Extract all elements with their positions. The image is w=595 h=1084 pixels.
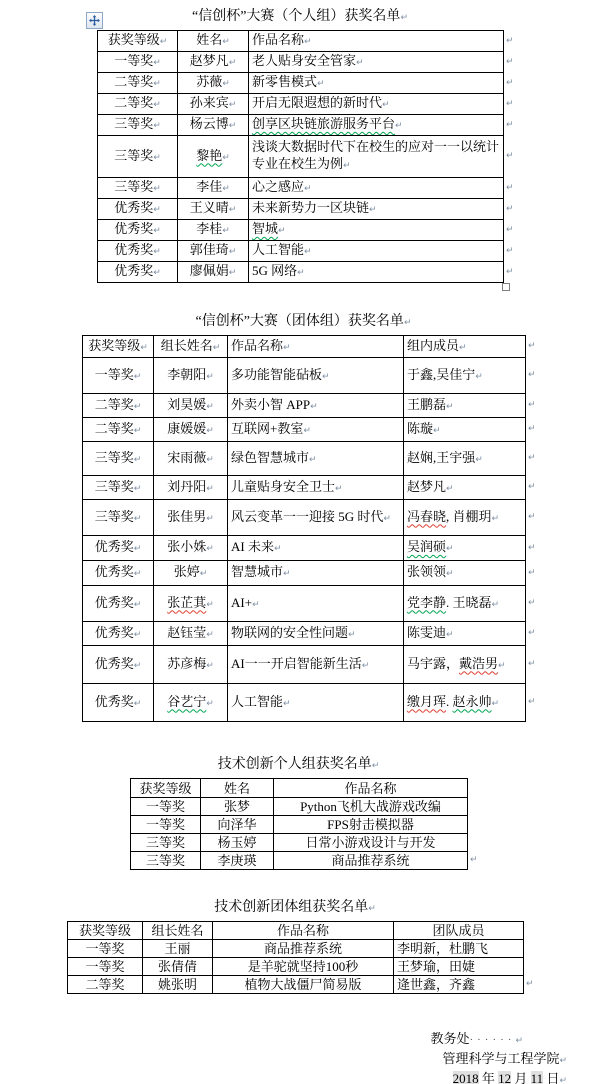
- end-of-row-mark: ↵: [526, 394, 540, 418]
- pilcrow-mark: ↵: [222, 226, 230, 236]
- cell-text: 新零售模式: [252, 74, 317, 89]
- cell-text: 陈雯迪: [407, 625, 446, 640]
- table-cell: 刘丹阳↵: [154, 476, 228, 500]
- cell-text: 优秀奖: [95, 625, 134, 640]
- table-resize-handle[interactable]: [502, 283, 510, 291]
- cell-text: 张佳男: [167, 509, 206, 524]
- pilcrow-mark: ↵: [229, 58, 237, 68]
- table-cell: FPS射击模拟器: [274, 816, 468, 834]
- awards-table-team: 获奖等级↵组长姓名↵作品名称↵组内成员↵↵一等奖↵李朝阳↵多功能智能砧板↵于鑫,…: [82, 335, 540, 722]
- cell-text: 三等奖: [114, 148, 153, 163]
- pilcrow-mark: ↵: [222, 184, 230, 194]
- pilcrow-mark: ↵: [310, 402, 318, 412]
- table-cell: 张小姝↵: [154, 536, 228, 561]
- table-row: 二等奖↵苏薇↵新零售模式↵↵: [98, 73, 518, 94]
- header-cell: 获奖等级↵: [83, 336, 154, 358]
- table-cell: 三等奖↵: [98, 115, 178, 136]
- table-cell: 儿童贴身安全卫士↵: [228, 476, 404, 500]
- table-cell: 优秀奖↵: [83, 536, 154, 561]
- cell-text: 开启无限遐想的新时代: [252, 95, 382, 110]
- cell-text: 三等奖: [95, 509, 134, 524]
- end-of-row-mark: ↵: [504, 199, 518, 220]
- cell-text: 一等奖: [146, 799, 185, 814]
- table-row: 优秀奖↵赵钰莹↵物联网的安全性问题↵陈雯迪↵↵: [83, 622, 540, 646]
- table-cell: 二等奖↵: [83, 418, 154, 442]
- cell-text: 二等奖: [95, 397, 134, 412]
- date-text: 月: [511, 1071, 531, 1084]
- pilcrow-mark: ↵: [134, 455, 142, 465]
- pilcrow-mark: ↵: [134, 402, 142, 412]
- table-row: 三等奖李庚瑛商品推荐系统↵: [131, 852, 482, 870]
- table-cell: 植物大战僵尸简易版: [213, 976, 394, 994]
- cell-text: 赵梦凡: [407, 479, 446, 494]
- cell-text: , 肖棚玥: [446, 509, 492, 524]
- table-row: 一等奖↵赵梦凡↵老人贴身安全管家↵↵: [98, 52, 518, 73]
- table-cell: 李庚瑛: [201, 852, 274, 870]
- table-cell: 孙来宾↵: [178, 94, 249, 115]
- table-row: 一等奖王丽商品推荐系统李明新，杜鹏飞: [68, 940, 538, 958]
- cell-text: 组长姓名: [151, 923, 203, 938]
- cell-text: 优秀奖: [95, 539, 134, 554]
- pilcrow-mark: ↵: [252, 600, 260, 610]
- table-cell: 黎艳↵: [178, 136, 249, 178]
- cell-text: 优秀奖: [114, 200, 153, 215]
- pilcrow-mark: ↵: [492, 600, 500, 610]
- table-cell: 二等奖↵: [83, 394, 154, 418]
- pilcrow-mark: ↵: [368, 904, 376, 914]
- table-row: 优秀奖↵张婷↵智慧城市↵张领领↵↵: [83, 561, 540, 586]
- table-cell: 外卖小智 APP↵: [228, 394, 404, 418]
- table-cell: 赵娴,王宇强↵: [404, 442, 526, 476]
- pilcrow-mark: ↵: [229, 205, 237, 215]
- table-cell: 姚张明: [143, 976, 213, 994]
- table-cell: 优秀奖↵: [98, 220, 178, 241]
- table4-title: 技术创新团体组获奖名单↵: [67, 899, 523, 918]
- cell-text: FPS射击模拟器: [327, 817, 414, 832]
- awards-table-individual: 获奖等级↵姓名↵作品名称↵↵一等奖↵赵梦凡↵老人贴身安全管家↵↵二等奖↵苏薇↵新…: [97, 30, 518, 283]
- end-of-row-mark: ↵: [526, 476, 540, 500]
- table-row: 二等奖↵康媛媛↵互联网+教室↵陈璇↵↵: [83, 418, 540, 442]
- table-cell: 李明新，杜鹏飞: [394, 940, 524, 958]
- table-cell: 李佳↵: [178, 178, 249, 199]
- section-tech-team: 技术创新团体组获奖名单↵ 获奖等级组长姓名作品名称团队成员一等奖王丽商品推荐系统…: [67, 899, 523, 994]
- table-cell: 张芷萁↵: [154, 586, 228, 622]
- pilcrow-mark: ↵: [134, 630, 142, 640]
- cell-text: Python飞机大战游戏改编: [300, 799, 441, 814]
- date-text: 日: [543, 1071, 559, 1084]
- table-row: 三等奖↵刘丹阳↵儿童贴身安全卫士↵赵梦凡↵↵: [83, 476, 540, 500]
- header-cell: 获奖等级: [68, 922, 143, 940]
- pilcrow-mark: ↵: [134, 484, 142, 494]
- date-field-shaded: 2018: [453, 1071, 479, 1084]
- header-cell: 组内成员↵: [404, 336, 526, 358]
- header-row: 获奖等级↵组长姓名↵作品名称↵组内成员↵↵: [83, 336, 540, 358]
- table-cell: 赵梦凡↵: [178, 52, 249, 73]
- cell-text: 获奖等级: [79, 923, 131, 938]
- table-cell: 5G 网络↵: [249, 262, 504, 283]
- table-cell: 王丽: [143, 940, 213, 958]
- table-row: 三等奖杨玉婷日常小游戏设计与开发: [131, 834, 482, 852]
- table-cell: 苏彦梅↵: [154, 646, 228, 684]
- table-cell: 新零售模式↵: [249, 73, 504, 94]
- header-cell: 获奖等级: [131, 779, 201, 798]
- header-row: 获奖等级组长姓名作品名称团队成员: [68, 922, 538, 940]
- table-cell: 李桂↵: [178, 220, 249, 241]
- table-cell: 张婷↵: [154, 561, 228, 586]
- table-cell: 浅谈大数据时代下在校生的应对一一以统计专业在校生为例↵: [249, 136, 504, 178]
- cell-text: 作品名称: [252, 32, 304, 47]
- cell-text: 二等奖: [95, 421, 134, 436]
- table-cell: 人工智能↵: [249, 241, 504, 262]
- table-row: 二等奖姚张明植物大战僵尸简易版逄世鑫，齐鑫↵: [68, 976, 538, 994]
- pilcrow-mark: ↵: [362, 661, 370, 671]
- table-cell: 三等奖↵: [98, 178, 178, 199]
- pilcrow-mark: ↵: [400, 13, 408, 23]
- end-of-row-mark: ↵: [504, 262, 518, 283]
- end-of-row-mark: ↵: [526, 684, 540, 722]
- pilcrow-mark: ↵: [153, 121, 161, 131]
- pilcrow-mark: ↵: [206, 699, 214, 709]
- pilcrow-mark: ↵: [475, 455, 483, 465]
- table-cell: 陈璇↵: [404, 418, 526, 442]
- table2-title: “信创杯”大赛（团体组）获奖名单↵: [82, 313, 525, 332]
- cell-text: 人工智能: [252, 242, 304, 257]
- table-cell: 马宇露，戴浩男↵: [404, 646, 526, 684]
- table-cell: 杨云博↵: [178, 115, 249, 136]
- cell-text: 张领领: [407, 564, 446, 579]
- cell-text: 多功能智能砧板: [231, 367, 322, 382]
- table-cell: 是羊驼就坚持100秒: [213, 958, 394, 976]
- cell-text: 5G 网络: [252, 263, 297, 278]
- pilcrow-mark: ↵: [153, 100, 161, 110]
- table-cell: AI 未来↵: [228, 536, 404, 561]
- cell-text: 张小姝: [167, 539, 206, 554]
- cell-text: 姓名: [224, 781, 250, 796]
- pilcrow-mark: ↵: [559, 1076, 567, 1084]
- table-cell: 陈雯迪↵: [404, 622, 526, 646]
- pilcrow-mark: ↵: [369, 205, 377, 215]
- table-cell: 苏薇↵: [178, 73, 249, 94]
- end-of-row-mark: [524, 940, 538, 958]
- cell-text: 二等奖: [114, 95, 153, 110]
- pilcrow-mark: ↵: [229, 247, 237, 257]
- table-cell: 二等奖↵: [98, 94, 178, 115]
- end-of-row-mark: ↵: [468, 852, 482, 870]
- pilcrow-mark: ↵: [206, 514, 214, 524]
- table-cell: 优秀奖↵: [83, 622, 154, 646]
- cell-text: 优秀奖: [95, 694, 134, 709]
- table-cell: 冯春晓, 肖棚玥↵: [404, 500, 526, 536]
- table-row: 优秀奖↵谷艺宁↵人工智能↵缴月珲. 赵永帅↵↵: [83, 684, 540, 722]
- cell-text: 三等奖: [146, 835, 185, 850]
- pilcrow-mark: ↵: [153, 247, 161, 257]
- pilcrow-mark: ↵: [382, 100, 390, 110]
- end-of-row-mark: ↵: [526, 622, 540, 646]
- pilcrow-mark: ↵: [283, 343, 291, 353]
- cell-text: 优秀奖: [95, 656, 134, 671]
- table-cell: 三等奖↵: [98, 136, 178, 178]
- cell-text: 组长姓名: [161, 338, 213, 353]
- pilcrow-mark: ↵: [322, 372, 330, 382]
- cell-text: 杨玉婷: [217, 835, 256, 850]
- table-cell: 谷艺宁↵: [154, 684, 228, 722]
- table-row: 二等奖↵刘昊媛↵外卖小智 APP↵王鹏磊↵↵: [83, 394, 540, 418]
- pilcrow-mark: ↵: [134, 544, 142, 554]
- end-of-row-mark: ↵: [524, 976, 538, 994]
- cell-text: 王义晴: [190, 200, 229, 215]
- table-cell: 优秀奖↵: [83, 586, 154, 622]
- cell-text: 是羊驼就坚持100秒: [248, 959, 359, 974]
- header-cell: 团队成员: [394, 922, 524, 940]
- cell-text: 作品名称: [231, 338, 283, 353]
- tech-table-individual: 获奖等级姓名作品名称一等奖张梦Python飞机大战游戏改编一等奖向泽华FPS射击…: [130, 778, 482, 870]
- table-cell: 商品推荐系统: [213, 940, 394, 958]
- table-cell: 杨玉婷: [201, 834, 274, 852]
- cell-text: 马宇露，: [407, 656, 459, 671]
- table-cell: 二等奖: [68, 976, 143, 994]
- pilcrow-mark: ↵: [134, 372, 142, 382]
- cell-text: 创享区块链旅游服务平台: [252, 116, 395, 131]
- table-cell: 逄世鑫，齐鑫: [394, 976, 524, 994]
- cell-text: 宋雨薇: [167, 450, 206, 465]
- end-of-row-mark: ↵: [526, 500, 540, 536]
- table-cell: 优秀奖↵: [98, 262, 178, 283]
- pilcrow-mark: ↵: [229, 268, 237, 278]
- end-of-row-mark: ↵: [504, 136, 518, 178]
- cell-text: 姓名: [196, 32, 222, 47]
- end-of-row-mark: [524, 958, 538, 976]
- cell-text: 李佳: [196, 179, 222, 194]
- pilcrow-mark: ↵: [206, 484, 214, 494]
- pilcrow-mark: ↵: [304, 37, 312, 47]
- pilcrow-mark: ↵: [206, 426, 214, 436]
- section-xinchuang-individual: “信创杯”大赛（个人组）获奖名单↵ 获奖等级↵姓名↵作品名称↵↵一等奖↵赵梦凡↵…: [97, 8, 503, 283]
- table-row: 一等奖↵李朝阳↵多功能智能砧板↵于鑫,吴佳宁↵↵: [83, 358, 540, 394]
- table-cell: 一等奖: [131, 816, 201, 834]
- table-cell: 三等奖↵: [83, 476, 154, 500]
- cell-text: 李朝阳: [167, 367, 206, 382]
- header-cell: 姓名↵: [178, 31, 249, 52]
- table-cell: 优秀奖↵: [83, 561, 154, 586]
- cell-text: 赵永帅: [453, 694, 492, 709]
- pilcrow-mark: ↵: [206, 661, 214, 671]
- cell-text: 三等奖: [114, 116, 153, 131]
- cell-text: 互联网+教室: [231, 421, 303, 436]
- cell-text: 张倩倩: [158, 959, 197, 974]
- cell-text: 张芷萁: [167, 595, 206, 610]
- table-cell: 三等奖↵: [83, 442, 154, 476]
- header-cell: 组长姓名↵: [154, 336, 228, 358]
- cell-text: 商品推荐系统: [264, 941, 342, 956]
- table-cell: 多功能智能砧板↵: [228, 358, 404, 394]
- table-cell: 王梦瑜，田婕: [394, 958, 524, 976]
- pilcrow-mark: ↵: [222, 37, 230, 47]
- table-row: 三等奖↵张佳男↵风云变革一一迎接 5G 时代↵冯春晓, 肖棚玥↵↵: [83, 500, 540, 536]
- cell-text: 三等奖: [146, 853, 185, 868]
- pilcrow-mark: ↵: [404, 318, 412, 328]
- table-row: 三等奖↵杨云博↵创享区块链旅游服务平台↵↵: [98, 115, 518, 136]
- cell-text: . 王晓磊: [446, 595, 492, 610]
- cell-text: 张梦: [224, 799, 250, 814]
- header-cell: 作品名称↵: [228, 336, 404, 358]
- end-of-row-mark: ↵: [504, 52, 518, 73]
- cell-text: 王丽: [164, 941, 190, 956]
- table-cell: 风云变革一一迎接 5G 时代↵: [228, 500, 404, 536]
- table-cell: 优秀奖↵: [98, 199, 178, 220]
- cell-text: 风云变革一一迎接 5G 时代: [231, 509, 383, 524]
- table-cell: 物联网的安全性问题↵: [228, 622, 404, 646]
- table-cell: 于鑫,吴佳宁↵: [404, 358, 526, 394]
- cell-text: 缴月珲: [407, 694, 446, 709]
- section-tech-individual: 技术创新个人组获奖名单↵ 获奖等级姓名作品名称一等奖张梦Python飞机大战游戏…: [130, 756, 467, 870]
- footer-college-line: 管理科学与工程学院↵: [0, 1050, 567, 1070]
- pilcrow-mark: ↵: [433, 426, 441, 436]
- table-cell: 张佳男↵: [154, 500, 228, 536]
- end-of-row-mark: ↵: [526, 336, 540, 358]
- cell-text: 作品名称: [344, 781, 396, 796]
- pilcrow-mark: ↵: [446, 544, 454, 554]
- table-cell: 智慧城市↵: [228, 561, 404, 586]
- table-cell: 一等奖↵: [83, 358, 154, 394]
- cell-text: 党李静: [407, 595, 446, 610]
- cell-text: 陈璇: [407, 421, 433, 436]
- table-row: 优秀奖↵廖佩娟↵5G 网络↵↵: [98, 262, 518, 283]
- pilcrow-mark: ↵: [446, 630, 454, 640]
- table-cell: 人工智能↵: [228, 684, 404, 722]
- end-of-row-mark: ↵: [526, 561, 540, 586]
- table-cell: 优秀奖↵: [98, 241, 178, 262]
- footer-date-line: 2018 年 12 月 11 日↵: [0, 1070, 567, 1084]
- pilcrow-mark: ↵: [134, 600, 142, 610]
- table-cell: 廖佩娟↵: [178, 262, 249, 283]
- header-cell: 作品名称↵: [249, 31, 504, 52]
- cell-text: 郭佳琦: [190, 242, 229, 257]
- cell-text: 苏薇: [196, 74, 222, 89]
- cell-text: 逄世鑫，齐鑫: [397, 977, 475, 992]
- table-cell: 三等奖: [131, 834, 201, 852]
- pilcrow-mark: ↵: [206, 544, 214, 554]
- cell-text: 黎艳: [196, 148, 222, 163]
- pilcrow-mark: ↵: [492, 514, 500, 524]
- table-row: 三等奖↵黎艳↵浅谈大数据时代下在校生的应对一一以统计专业在校生为例↵↵: [98, 136, 518, 178]
- table-cell: 王鹏磊↵: [404, 394, 526, 418]
- pilcrow-mark: ↵: [446, 569, 454, 579]
- table-cell: 商品推荐系统: [274, 852, 468, 870]
- table-cell: 一等奖: [131, 798, 201, 816]
- pilcrow-mark: ↵: [134, 569, 142, 579]
- header-cell: 姓名: [201, 779, 274, 798]
- footer-date: 2018 年 12 月 11 日: [453, 1071, 560, 1084]
- table-cell: 开启无限遐想的新时代↵: [249, 94, 504, 115]
- table-cell: 李朝阳↵: [154, 358, 228, 394]
- pilcrow-mark: ↵: [395, 121, 403, 131]
- header-cell: 获奖等级↵: [98, 31, 178, 52]
- cell-text: 赵钰莹: [167, 625, 206, 640]
- cell-text: 王梦瑜，田婕: [397, 959, 475, 974]
- pilcrow-mark: ↵: [303, 426, 311, 436]
- cell-text: 一等奖: [85, 959, 124, 974]
- pilcrow-mark: ↵: [206, 402, 214, 412]
- header-row: 获奖等级姓名作品名称: [131, 779, 482, 798]
- cell-text: 商品推荐系统: [331, 853, 409, 868]
- table-cell: 创享区块链旅游服务平台↵: [249, 115, 504, 136]
- table-cell: 康媛媛↵: [154, 418, 228, 442]
- cell-text: 李桂: [196, 221, 222, 236]
- table-cell: 绿色智慧城市↵: [228, 442, 404, 476]
- pilcrow-mark: ↵: [304, 184, 312, 194]
- cell-text: 团队成员: [432, 923, 484, 938]
- pilcrow-mark: ↵: [274, 544, 282, 554]
- cell-text: 向泽华: [217, 817, 256, 832]
- cell-text: 优秀奖: [114, 242, 153, 257]
- table-cell: 向泽华: [201, 816, 274, 834]
- cell-text: 姚张明: [158, 977, 197, 992]
- pilcrow-mark: ↵: [222, 79, 230, 89]
- table-cell: 心之感应↵: [249, 178, 504, 199]
- table-cell: 刘昊媛↵: [154, 394, 228, 418]
- pilcrow-mark: ↵: [559, 1056, 567, 1066]
- table-cell: 未来新势力一区块链↵: [249, 199, 504, 220]
- pilcrow-mark: ↵: [304, 247, 312, 257]
- cell-text: 作品名称: [277, 923, 329, 938]
- end-of-row-mark: [468, 816, 482, 834]
- date-field-shaded: 11: [531, 1071, 544, 1084]
- end-of-row-mark: ↵: [504, 241, 518, 262]
- cell-text: 冯春晓: [407, 509, 446, 524]
- cell-text: 获奖等级: [88, 338, 140, 353]
- table-row: 一等奖张梦Python飞机大战游戏改编: [131, 798, 482, 816]
- table-row: 优秀奖↵张小姝↵AI 未来↵吴润硕↵↵: [83, 536, 540, 561]
- cell-text: 浅谈大数据时代下在校生的应对一一以统计专业在校生为例: [252, 139, 499, 171]
- table-cell: 三等奖: [131, 852, 201, 870]
- table-row: 优秀奖↵李桂↵智城↵↵: [98, 220, 518, 241]
- pilcrow-mark: ↵: [446, 402, 454, 412]
- pilcrow-mark: ↵: [309, 455, 317, 465]
- cell-text: 王鹏磊: [407, 397, 446, 412]
- cell-text: 组内成员: [407, 338, 459, 353]
- table-cell: 三等奖↵: [83, 500, 154, 536]
- pilcrow-mark: ↵: [134, 514, 142, 524]
- table-cell: 老人贴身安全管家↵: [249, 52, 504, 73]
- pilcrow-mark: ↵: [372, 761, 380, 771]
- table-row: 一等奖张倩倩是羊驼就坚持100秒王梦瑜，田婕: [68, 958, 538, 976]
- table-cell: 张梦: [201, 798, 274, 816]
- pilcrow-mark: ↵: [222, 153, 230, 163]
- pilcrow-mark: ↵: [206, 600, 214, 610]
- table-row: 优秀奖↵郭佳琦↵人工智能↵↵: [98, 241, 518, 262]
- table-cell: Python飞机大战游戏改编: [274, 798, 468, 816]
- cell-text: 一等奖: [95, 367, 134, 382]
- table-cell: 缴月珲. 赵永帅↵: [404, 684, 526, 722]
- pilcrow-mark: ↵: [475, 372, 483, 382]
- cell-text: 三等奖: [114, 179, 153, 194]
- table-cell: 二等奖↵: [98, 73, 178, 94]
- cell-text: 优秀奖: [114, 221, 153, 236]
- header-cell: 作品名称: [274, 779, 468, 798]
- cell-text: 智城: [252, 221, 278, 236]
- table-cell: 王义晴↵: [178, 199, 249, 220]
- pilcrow-mark: ↵: [297, 268, 305, 278]
- cell-text: 赵娴,王宇强: [407, 450, 475, 465]
- cell-text: 李庚瑛: [217, 853, 256, 868]
- pilcrow-mark: ↵: [153, 184, 161, 194]
- cell-text: AI一一开启智能新生活: [231, 656, 362, 671]
- cell-text: AI+: [231, 595, 252, 610]
- cell-text: 李明新，杜鹏飞: [397, 941, 488, 956]
- date-field-shaded: 12: [498, 1071, 511, 1084]
- pilcrow-mark: ↵: [134, 426, 142, 436]
- cell-text: 苏彦梅: [167, 656, 206, 671]
